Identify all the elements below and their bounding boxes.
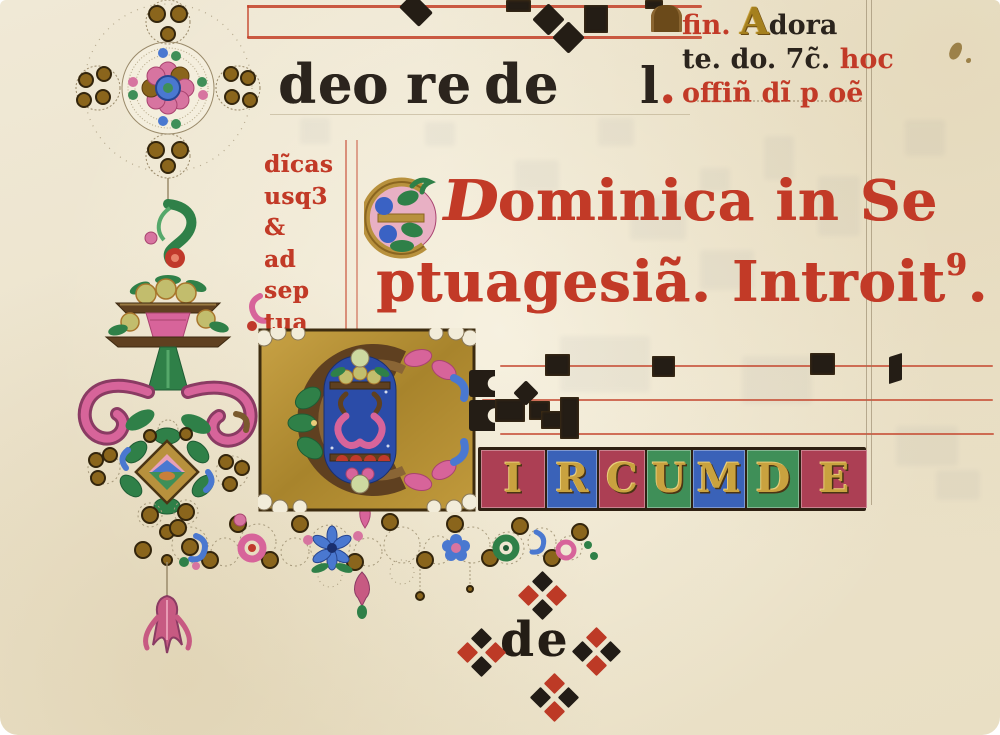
text-line: offiñ dĩ p oẽ	[682, 77, 882, 111]
title-superscript: 9	[946, 248, 968, 283]
top-right-text-block: fin. Adora te. do. 7c̃. hoc offiñ dĩ p o…	[682, 4, 882, 111]
medallion-lobe-south	[146, 134, 190, 178]
diamond-ornament	[586, 655, 607, 676]
bleedthrough-mark	[560, 336, 650, 392]
text-line: fin. Adora	[682, 4, 882, 43]
red-ink-text: offiñ dĩ p oẽ	[682, 78, 863, 109]
bottom-chant-syllable: de	[500, 612, 570, 668]
band-letter: I	[504, 459, 523, 499]
title-initial-d: D	[436, 168, 505, 234]
chant-syllable: de	[278, 52, 354, 116]
gold-initial: A	[740, 0, 769, 43]
band-letter: U	[652, 459, 687, 499]
rosette	[442, 534, 470, 561]
letter-band: IRCUMDE	[478, 447, 866, 511]
band-letter: D	[756, 459, 791, 499]
music-note-bracket	[469, 400, 495, 431]
rubric-line: usq3 &	[264, 181, 346, 244]
bleedthrough-mark	[896, 426, 958, 466]
staff-line	[247, 5, 702, 8]
top-rosette	[351, 349, 369, 367]
band-letter: M	[697, 459, 741, 499]
diamond-ornament	[558, 687, 579, 708]
fruit-stand-ornament	[106, 275, 230, 390]
title-text: ptuagesiã. Introit	[376, 249, 946, 315]
red-ink-text: hoc	[840, 44, 894, 75]
chant-end-mark: l.	[640, 56, 676, 115]
chant-syllable: re	[406, 52, 473, 116]
medallion-lobe-north	[146, 0, 190, 44]
staff-line	[500, 365, 993, 367]
band-panel: R	[547, 450, 597, 508]
music-note-bracket	[469, 370, 495, 397]
chant-end-letter: l	[640, 56, 659, 115]
illuminated-initial-block	[258, 328, 476, 512]
title-line-2: ptuagesiã. Introit9.	[376, 248, 988, 315]
manuscript-page: deorede l. fin. Adora te. do. 7c̃. hoc o…	[0, 0, 1000, 735]
bleedthrough-mark	[425, 122, 455, 146]
music-note-square	[560, 397, 579, 439]
diamond-ornament	[544, 673, 565, 694]
chant-syllable: de	[484, 52, 560, 116]
music-note-square	[584, 5, 608, 33]
cornflower	[310, 526, 354, 575]
bleedthrough-mark	[742, 356, 812, 404]
band-panel: D	[747, 450, 799, 508]
bleedthrough-mark	[598, 118, 634, 146]
text-line: te. do. 7c̃. hoc	[682, 43, 882, 77]
music-note-slant	[889, 353, 902, 384]
band-panel: U	[647, 450, 691, 508]
band-panel: C	[599, 450, 645, 508]
diamond-ornament	[572, 641, 593, 662]
staff-line	[247, 36, 702, 39]
red-ink-text: fin.	[682, 10, 731, 41]
black-ink-text: dora	[769, 10, 838, 41]
music-note-square	[506, 0, 531, 12]
black-ink-text: te. do. 7c̃.	[682, 44, 830, 75]
diamond-ornament	[544, 701, 565, 722]
title-line-1: Dominica in Se	[446, 168, 938, 234]
band-panel: M	[693, 450, 745, 508]
rubric-line: ad sep	[264, 244, 346, 307]
band-panel: E	[801, 450, 867, 508]
title-text: .	[968, 249, 989, 315]
title-text: ominica in Se	[498, 168, 938, 234]
bleedthrough-mark	[936, 470, 980, 500]
band-letter: C	[606, 459, 638, 499]
diamond-ornament	[530, 687, 551, 708]
music-note-square	[652, 356, 675, 377]
music-note-square	[810, 353, 835, 375]
band-letter: E	[819, 459, 850, 499]
staff-line	[482, 399, 993, 401]
bottom-rosette	[351, 475, 369, 493]
music-note-square	[545, 354, 570, 376]
music-note-square	[495, 399, 525, 422]
chant-end-dot: .	[659, 56, 676, 115]
initial-inner-panel	[324, 356, 396, 484]
diamond-ornament	[600, 641, 621, 662]
music-note-strophicus	[651, 5, 682, 32]
band-letter: R	[555, 459, 588, 499]
diamond-ornament	[457, 642, 478, 663]
band-panel: I	[481, 450, 545, 508]
rubric-line: dĩcas	[264, 149, 346, 181]
diamond-ornament	[471, 656, 492, 677]
leaf-curl-ornament	[145, 204, 191, 268]
chant-syllable: o	[352, 52, 390, 116]
bleedthrough-mark	[905, 120, 945, 156]
